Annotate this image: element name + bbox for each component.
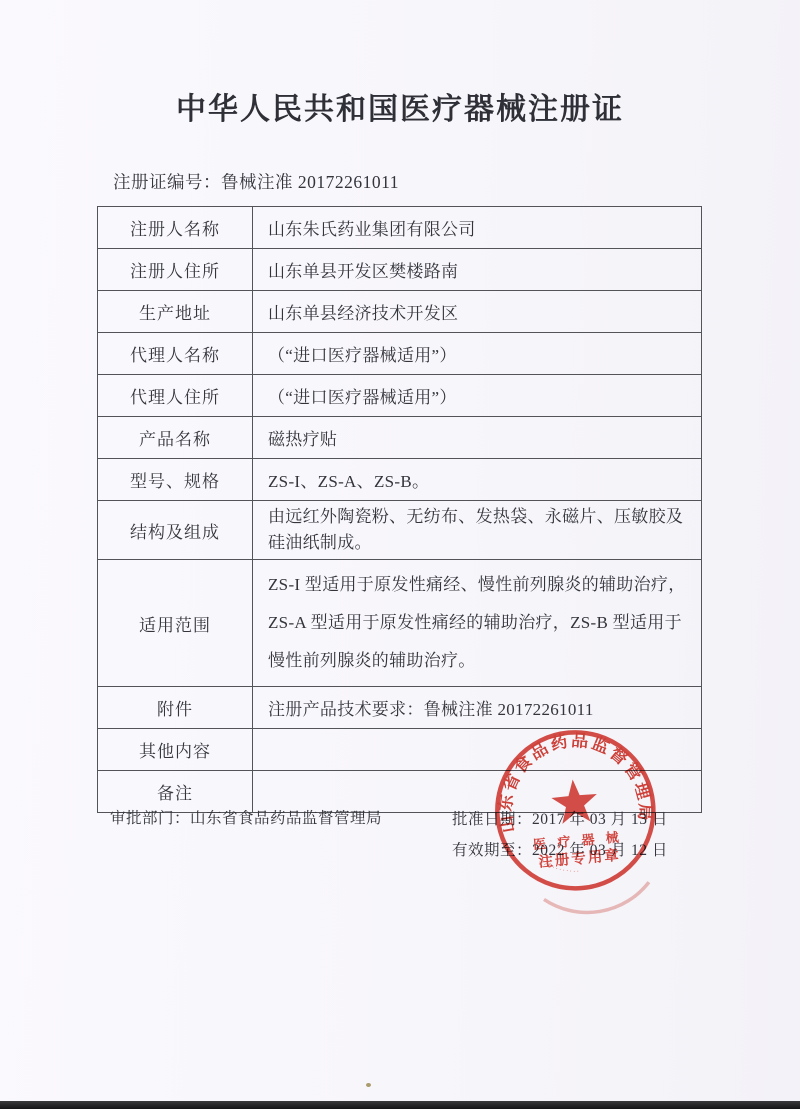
table-row: 注册人住所 山东单县开发区樊楼路南 [98, 249, 702, 291]
row-label: 附件 [98, 687, 253, 729]
row-label: 其他内容 [98, 729, 253, 771]
approval-date: 批准日期：2017 年 03 月 13 日 [452, 804, 668, 835]
table-row: 适用范围 ZS-I 型适用于原发性痛经、慢性前列腺炎的辅助治疗，ZS-A 型适用… [98, 560, 702, 687]
table-row: 注册人名称 山东朱氏药业集团有限公司 [98, 207, 702, 249]
row-label: 产品名称 [98, 417, 253, 459]
table-row: 型号、规格 ZS-I、ZS-A、ZS-B。 [98, 459, 702, 501]
certificate-table: 注册人名称 山东朱氏药业集团有限公司 注册人住所 山东单县开发区樊楼路南 生产地… [97, 206, 702, 813]
cert-number-line: 注册证编号：鲁械注准 20172261011 [113, 169, 399, 194]
row-value: 由远红外陶瓷粉、无纺布、发热袋、永磁片、压敏胶及硅油纸制成。 [253, 501, 702, 560]
table-row: 其他内容 [98, 729, 702, 771]
seal-ghost-arc-icon [543, 882, 651, 916]
approval-department: 审批部门：山东省食品药品监督管理局 [110, 806, 382, 828]
table-row: 生产地址 山东单县经济技术开发区 [98, 291, 702, 333]
scan-speck [366, 1083, 371, 1087]
row-value: （“进口医疗器械适用”） [253, 333, 702, 375]
table-row: 附件 注册产品技术要求：鲁械注准 20172261011 [98, 687, 702, 729]
table-row: 代理人名称 （“进口医疗器械适用”） [98, 333, 702, 375]
valid-until-date: 有效期至：2022 年 03 月 12 日 [452, 835, 668, 866]
row-value: 山东朱氏药业集团有限公司 [253, 207, 702, 249]
row-value: 磁热疗贴 [253, 417, 702, 459]
row-value: ZS-I 型适用于原发性痛经、慢性前列腺炎的辅助治疗，ZS-A 型适用于原发性痛… [253, 560, 702, 687]
row-label: 结构及组成 [98, 501, 253, 560]
footer-dates: 批准日期：2017 年 03 月 13 日 有效期至：2022 年 03 月 1… [452, 804, 668, 866]
row-value: （“进口医疗器械适用”） [253, 375, 702, 417]
row-value [253, 729, 702, 771]
table-row: 代理人住所 （“进口医疗器械适用”） [98, 375, 702, 417]
row-value: 注册产品技术要求：鲁械注准 20172261011 [253, 687, 702, 729]
row-value: 山东单县经济技术开发区 [253, 291, 702, 333]
table-row: 产品名称 磁热疗贴 [98, 417, 702, 459]
certificate-page: 中华人民共和国医疗器械注册证 注册证编号：鲁械注准 20172261011 注册… [0, 0, 800, 1109]
row-label: 注册人住所 [98, 249, 253, 291]
row-value: 山东单县开发区樊楼路南 [253, 249, 702, 291]
row-label: 适用范围 [98, 560, 253, 687]
row-label: 生产地址 [98, 291, 253, 333]
row-value: ZS-I、ZS-A、ZS-B。 [253, 459, 702, 501]
table-row: 结构及组成 由远红外陶瓷粉、无纺布、发热袋、永磁片、压敏胶及硅油纸制成。 [98, 501, 702, 560]
row-label: 代理人住所 [98, 375, 253, 417]
scan-edge-strip [0, 1101, 800, 1109]
row-label: 代理人名称 [98, 333, 253, 375]
row-label: 注册人名称 [98, 207, 253, 249]
page-title: 中华人民共和国医疗器械注册证 [0, 84, 800, 128]
row-label: 型号、规格 [98, 459, 253, 501]
